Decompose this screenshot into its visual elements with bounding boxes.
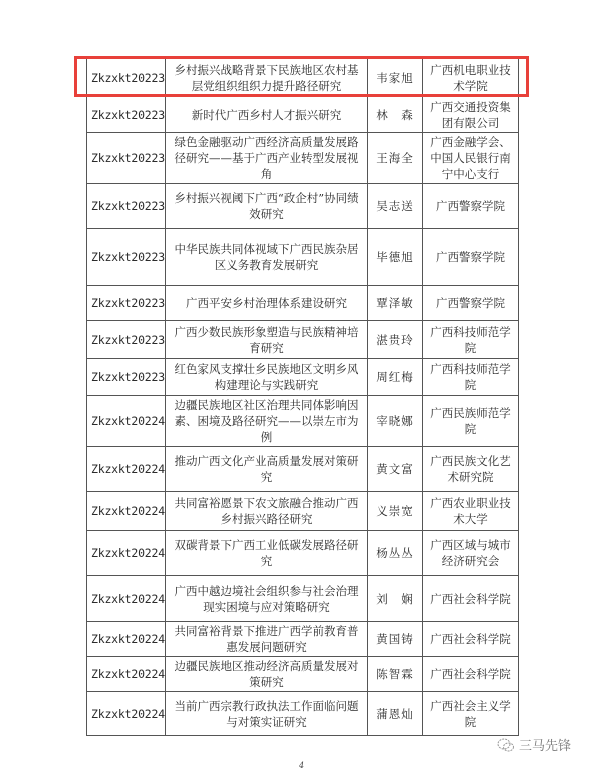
organization-cell: 广西民族文化艺术研究院: [423, 447, 519, 492]
table-row: Zkzxkt202239红色家风支撑壮乡民族地区文明乡风构建理论与实践研究周红梅…: [87, 359, 519, 396]
project-title-cell: 共同富裕愿景下农文旅融合推动广西乡村振兴路径研究: [166, 492, 368, 531]
organization-cell: 广西科技师范学院: [423, 321, 519, 359]
organization-cell: 广西警察学院: [423, 286, 519, 321]
lead-person-cell: 义崇宽: [368, 492, 423, 531]
organization-cell: 广西科技师范学院: [423, 359, 519, 396]
project-title-cell: 广西平安乡村治理体系建设研究: [166, 286, 368, 321]
project-id-cell: Zkzxkt202235: [87, 184, 166, 229]
organization-cell: 广西区域与城市经济研究会: [423, 531, 519, 576]
organization-cell: 广西金融学会、中国人民银行南宁中心支行: [423, 133, 519, 184]
lead-person-cell: 覃泽敏: [368, 286, 423, 321]
lead-person-cell: 王海全: [368, 133, 423, 184]
lead-person-cell: 林 森: [368, 97, 423, 133]
table-row: Zkzxkt202241推动广西文化产业高质量发展对策研究黄文富广西民族文化艺术…: [87, 447, 519, 492]
organization-cell: 广西社会科学院: [423, 657, 519, 692]
project-id-cell: Zkzxkt202240: [87, 396, 166, 447]
lead-person-cell: 杨丛丛: [368, 531, 423, 576]
project-id-cell: Zkzxkt202232: [87, 59, 166, 97]
organization-cell: 广西社会科学院: [423, 576, 519, 622]
table-row: Zkzxkt202247当前广西宗教行政执法工作面临问题与对策实证研究蒲恩灿广西…: [87, 692, 519, 736]
project-id-cell: Zkzxkt202243: [87, 531, 166, 576]
table-row: Zkzxkt202245共同富裕背景下推进广西学前教育普惠发展问题研究黄国铸广西…: [87, 622, 519, 657]
project-title-cell: 乡村振兴视阈下广西“政企村”协同绩效研究: [166, 184, 368, 229]
organization-cell: 广西社会主义学院: [423, 692, 519, 736]
project-title-cell: 推动广西文化产业高质量发展对策研究: [166, 447, 368, 492]
table-row: Zkzxkt202234绿色金融驱动广西经济高质量发展路径研究——基于广西产业转…: [87, 133, 519, 184]
lead-person-cell: 陈智霖: [368, 657, 423, 692]
project-id-cell: Zkzxkt202245: [87, 622, 166, 657]
project-title-cell: 中华民族共同体视域下广西民族杂居区义务教育发展研究: [166, 229, 368, 286]
organization-cell: 广西警察学院: [423, 229, 519, 286]
project-title-cell: 边疆民族地区社区治理共同体影响因素、困境及路径研究——以崇左市为例: [166, 396, 368, 447]
table-row: Zkzxkt202242共同富裕愿景下农文旅融合推动广西乡村振兴路径研究义崇宽广…: [87, 492, 519, 531]
table-row: Zkzxkt202243双碳背景下广西工业低碳发展路径研究杨丛丛广西区域与城市经…: [87, 531, 519, 576]
project-id-cell: Zkzxkt202238: [87, 321, 166, 359]
page-number: 4: [299, 761, 304, 770]
lead-person-cell: 韦家旭: [368, 59, 423, 97]
project-id-cell: Zkzxkt202239: [87, 359, 166, 396]
table-row: Zkzxkt202235乡村振兴视阈下广西“政企村”协同绩效研究吴志送广西警察学…: [87, 184, 519, 229]
project-id-cell: Zkzxkt202236: [87, 229, 166, 286]
organization-cell: 广西机电职业技术学院: [423, 59, 519, 97]
project-title-cell: 广西中越边境社会组织参与社会治理现实困境与应对策略研究: [166, 576, 368, 622]
table-row: Zkzxkt202246边疆民族地区推动经济高质量发展对策研究陈智霖广西社会科学…: [87, 657, 519, 692]
organization-cell: 广西警察学院: [423, 184, 519, 229]
table-row: Zkzxkt202236中华民族共同体视域下广西民族杂居区义务教育发展研究毕德旭…: [87, 229, 519, 286]
watermark-text: 三马先锋: [519, 735, 571, 754]
lead-person-cell: 黄国铸: [368, 622, 423, 657]
wechat-icon: [497, 737, 515, 753]
table-body: Zkzxkt202232乡村振兴战略背景下民族地区农村基层党组织组织力提升路径研…: [87, 59, 519, 736]
lead-person-cell: 吴志送: [368, 184, 423, 229]
lead-person-cell: 蒲恩灿: [368, 692, 423, 736]
watermark: 三马先锋: [497, 735, 571, 754]
project-id-cell: Zkzxkt202234: [87, 133, 166, 184]
project-title-cell: 广西少数民族形象塑造与民族精神培育研究: [166, 321, 368, 359]
project-id-cell: Zkzxkt202247: [87, 692, 166, 736]
organization-cell: 广西农业职业技术大学: [423, 492, 519, 531]
table-row-highlighted: Zkzxkt202232乡村振兴战略背景下民族地区农村基层党组织组织力提升路径研…: [87, 59, 519, 97]
project-title-cell: 双碳背景下广西工业低碳发展路径研究: [166, 531, 368, 576]
project-id-cell: Zkzxkt202237: [87, 286, 166, 321]
project-title-cell: 共同富裕背景下推进广西学前教育普惠发展问题研究: [166, 622, 368, 657]
project-id-cell: Zkzxkt202241: [87, 447, 166, 492]
project-table: Zkzxkt202232乡村振兴战略背景下民族地区农村基层党组织组织力提升路径研…: [86, 58, 519, 736]
lead-person-cell: 宰晓娜: [368, 396, 423, 447]
lead-person-cell: 湛贵玲: [368, 321, 423, 359]
document-page: Zkzxkt202232乡村振兴战略背景下民族地区农村基层党组织组织力提升路径研…: [0, 0, 599, 773]
project-title-cell: 乡村振兴战略背景下民族地区农村基层党组织组织力提升路径研究: [166, 59, 368, 97]
project-title-cell: 新时代广西乡村人才振兴研究: [166, 97, 368, 133]
table-row: Zkzxkt202233新时代广西乡村人才振兴研究林 森广西交通投资集团有限公司: [87, 97, 519, 133]
table-row: Zkzxkt202244广西中越边境社会组织参与社会治理现实困境与应对策略研究刘…: [87, 576, 519, 622]
organization-cell: 广西社会科学院: [423, 622, 519, 657]
project-id-cell: Zkzxkt202233: [87, 97, 166, 133]
project-title-cell: 当前广西宗教行政执法工作面临问题与对策实证研究: [166, 692, 368, 736]
lead-person-cell: 周红梅: [368, 359, 423, 396]
table-row: Zkzxkt202238广西少数民族形象塑造与民族精神培育研究湛贵玲广西科技师范…: [87, 321, 519, 359]
project-title-cell: 红色家风支撑壮乡民族地区文明乡风构建理论与实践研究: [166, 359, 368, 396]
project-title-cell: 绿色金融驱动广西经济高质量发展路径研究——基于广西产业转型发展视角: [166, 133, 368, 184]
table-row: Zkzxkt202237广西平安乡村治理体系建设研究覃泽敏广西警察学院: [87, 286, 519, 321]
lead-person-cell: 毕德旭: [368, 229, 423, 286]
organization-cell: 广西交通投资集团有限公司: [423, 97, 519, 133]
project-id-cell: Zkzxkt202244: [87, 576, 166, 622]
project-title-cell: 边疆民族地区推动经济高质量发展对策研究: [166, 657, 368, 692]
project-id-cell: Zkzxkt202242: [87, 492, 166, 531]
lead-person-cell: 黄文富: [368, 447, 423, 492]
project-id-cell: Zkzxkt202246: [87, 657, 166, 692]
table-row: Zkzxkt202240边疆民族地区社区治理共同体影响因素、困境及路径研究——以…: [87, 396, 519, 447]
organization-cell: 广西民族师范学院: [423, 396, 519, 447]
lead-person-cell: 刘 娴: [368, 576, 423, 622]
